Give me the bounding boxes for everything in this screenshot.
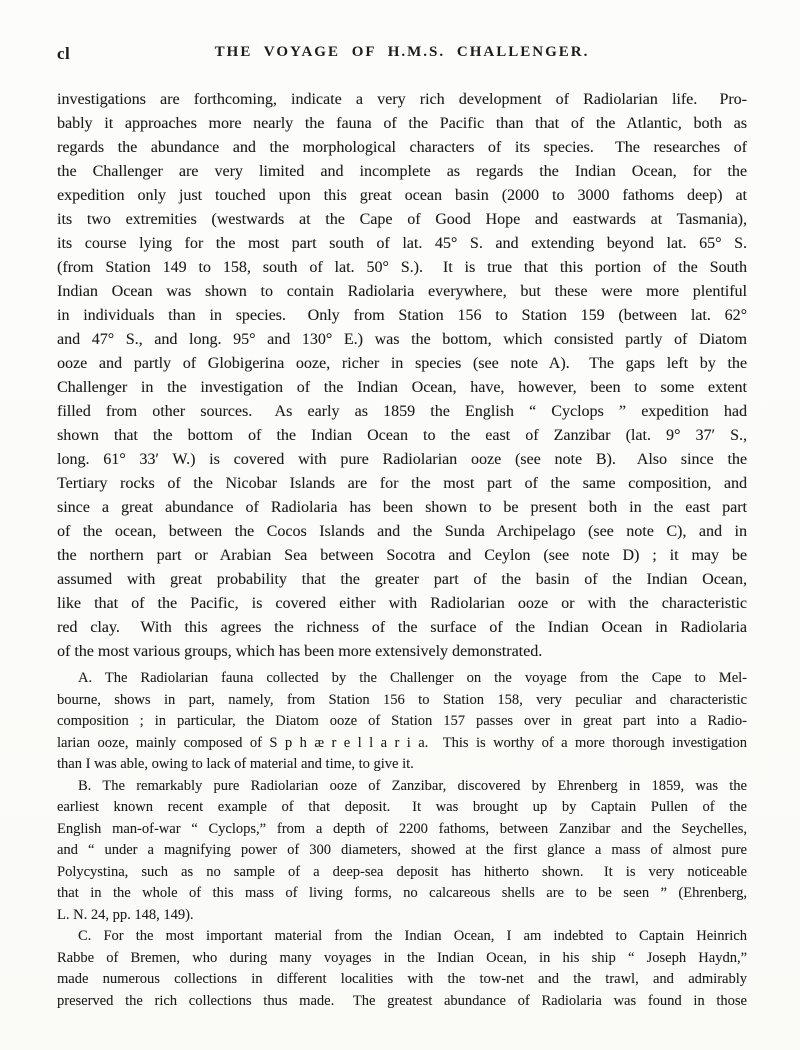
folio-page-number: cl xyxy=(57,44,70,64)
text-line: the northern part or Arabian Sea between… xyxy=(57,544,747,568)
text-line: investigations are forthcoming, indicate… xyxy=(57,88,747,112)
text-line: red clay. With this agrees the richness … xyxy=(57,616,747,640)
scanned-book-page: cl THE VOYAGE OF H.M.S. CHALLENGER. inve… xyxy=(0,0,800,1050)
text-line: the Challenger are very limited and inco… xyxy=(57,160,747,184)
text-line: shown that the bottom of the Indian Ocea… xyxy=(57,424,747,448)
text-line: since a great abundance of Radiolaria ha… xyxy=(57,496,747,520)
text-line: B. The remarkably pure Radiolarian ooze … xyxy=(57,776,747,798)
text-line: assumed with great probability that the … xyxy=(57,568,747,592)
text-line: English man-of-war “ Cyclops,” from a de… xyxy=(57,819,747,841)
text-line: bourne, shows in part, namely, from Stat… xyxy=(57,690,747,712)
text-line: A. The Radiolarian fauna collected by th… xyxy=(57,668,747,690)
text-line: of the most various groups, which has be… xyxy=(57,640,747,664)
text-line: its two extremities (westwards at the Ca… xyxy=(57,208,747,232)
text-line: that in the whole of this mass of living… xyxy=(57,883,747,905)
text-line: expedition only just touched upon this g… xyxy=(57,184,747,208)
text-line: larian ooze, mainly composed of S p h æ … xyxy=(57,733,747,755)
text-line: Rabbe of Bremen, who during many voyages… xyxy=(57,948,747,970)
text-line: than I was able, owing to lack of materi… xyxy=(57,754,747,776)
running-title: THE VOYAGE OF H.M.S. CHALLENGER. xyxy=(57,44,747,61)
text-line: filled from other sources. As early as 1… xyxy=(57,400,747,424)
text-line: preserved the rich collections thus made… xyxy=(57,991,747,1013)
text-line: in individuals than in species. Only fro… xyxy=(57,304,747,328)
text-line: long. 61° 33′ W.) is covered with pure R… xyxy=(57,448,747,472)
text-line: C. For the most important material from … xyxy=(57,926,747,948)
note-b: B. The remarkably pure Radiolarian ooze … xyxy=(57,776,747,927)
text-line: earliest known recent example of that de… xyxy=(57,797,747,819)
text-line: and “ under a magnifying power of 300 di… xyxy=(57,840,747,862)
text-line: its course lying for the most part south… xyxy=(57,232,747,256)
text-line: Challenger in the investigation of the I… xyxy=(57,376,747,400)
text-line: regards the abundance and the morphologi… xyxy=(57,136,747,160)
text-line: made numerous collections in different l… xyxy=(57,969,747,991)
text-line: Tertiary rocks of the Nicobar Islands ar… xyxy=(57,472,747,496)
text-line: (from Station 149 to 158, south of lat. … xyxy=(57,256,747,280)
text-line: Polycystina, such as no sample of a deep… xyxy=(57,862,747,884)
text-line: and 47° S., and long. 95° and 130° E.) w… xyxy=(57,328,747,352)
main-paragraph: investigations are forthcoming, indicate… xyxy=(57,88,747,664)
note-a: A. The Radiolarian fauna collected by th… xyxy=(57,668,747,776)
running-head: cl THE VOYAGE OF H.M.S. CHALLENGER. xyxy=(57,44,747,64)
text-line: L. N. 24, pp. 148, 149). xyxy=(57,905,747,927)
text-line: of the ocean, between the Cocos Islands … xyxy=(57,520,747,544)
text-line: composition ; in particular, the Diatom … xyxy=(57,711,747,733)
text-line: Indian Ocean was shown to contain Radiol… xyxy=(57,280,747,304)
footnotes-section: A. The Radiolarian fauna collected by th… xyxy=(57,668,747,1012)
text-line: like that of the Pacific, is covered eit… xyxy=(57,592,747,616)
note-c: C. For the most important material from … xyxy=(57,926,747,1012)
text-line: ooze and partly of Globigerina ooze, ric… xyxy=(57,352,747,376)
text-line: bably it approaches more nearly the faun… xyxy=(57,112,747,136)
